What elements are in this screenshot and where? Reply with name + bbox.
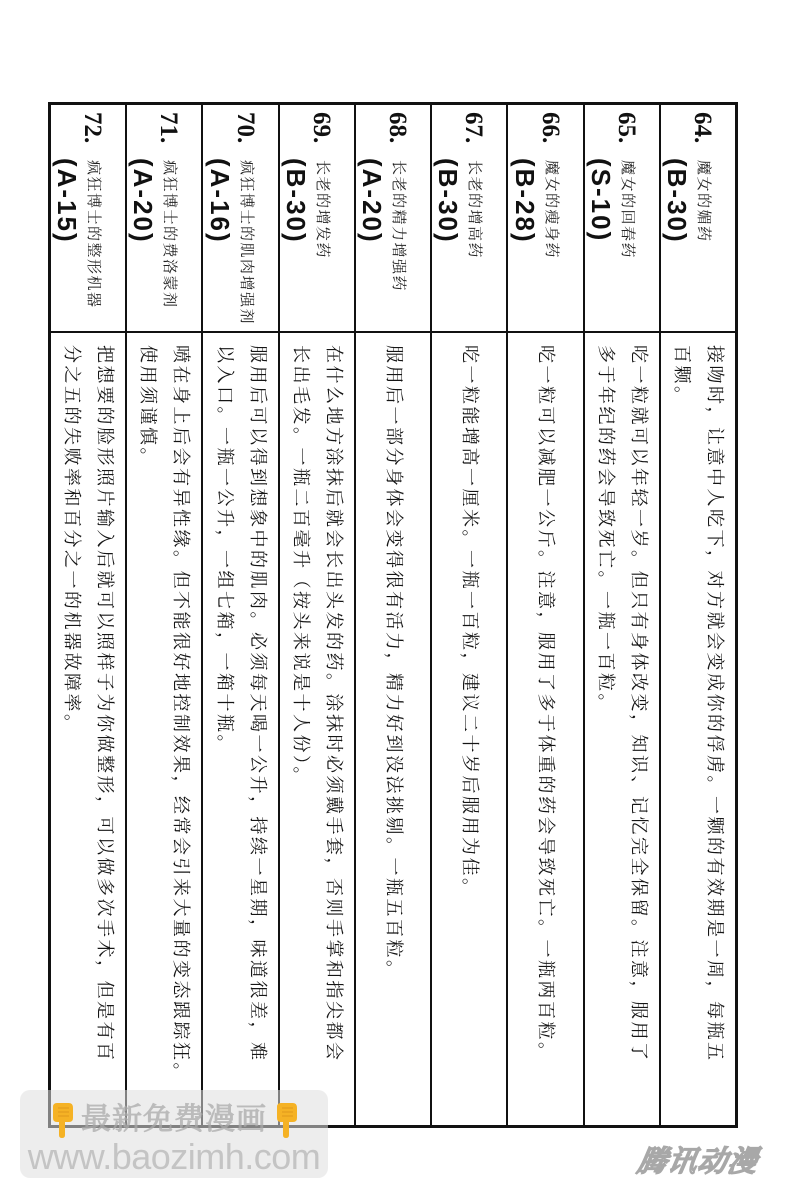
- item-header-cell: 72. 疯狂博士的整形机器 (A-15): [51, 105, 125, 333]
- item-code: (A-20): [130, 158, 156, 244]
- item-header-cell: 70. 疯狂博士的肌肉增强剂 (A-16): [203, 105, 277, 333]
- description-line: 长出毛发。一瓶二百毫升（按头来说是十人份）。: [284, 345, 317, 1125]
- item-number: 70.: [233, 112, 258, 143]
- item-description-cell: 服用后可以得到想象中的肌肉。必须每天喝一公升，持续一星期，味道很差，难 以入口。…: [203, 333, 277, 1125]
- publisher-logo: 腾讯动漫: [635, 1145, 761, 1177]
- description-line: 以入口。一瓶一公升，一组七箱，一箱十瓶。: [208, 345, 241, 1125]
- watermark-banner: 最新免费漫画 www.baozimh.com: [20, 1090, 328, 1178]
- description-line: 吃一粒能增高一厘米。一瓶一百粒，建议二十岁后服用为佳。: [453, 345, 486, 1125]
- description-line: 分之五的失败率和百分之一的机器故障率。: [55, 345, 88, 1125]
- table-row: 66. 魔女的瘦身药 (B-28) 吃一粒可以减肥一公斤。注意，服用了多于体重的…: [508, 105, 584, 1125]
- item-description-cell: 接吻时，让意中人吃下，对方就会变成你的俘虏。一颗的有效期是一周，每瓶五 百颗。: [661, 333, 735, 1125]
- item-header-cell: 71. 疯狂博士的费洛蒙剂 (A-20): [127, 105, 201, 333]
- item-code: (A-16): [207, 158, 233, 244]
- item-header-cell: 69. 长老的增发药 (B-30): [280, 105, 354, 333]
- item-description-cell: 吃一粒能增高一厘米。一瓶一百粒，建议二十岁后服用为佳。: [432, 333, 506, 1125]
- item-code: (B-30): [435, 158, 461, 244]
- table-row: 72. 疯狂博士的整形机器 (A-15) 把想要的脸形照片输入后就可以照样子为你…: [51, 105, 127, 1125]
- item-number: 64.: [690, 112, 715, 143]
- item-code: (B-28): [512, 158, 538, 244]
- description-line: 吃一粒可以减肥一公斤。注意，服用了多于体重的药会导致死亡。一瓶两百粒。: [529, 345, 562, 1125]
- item-description-cell: 在什么地方涂抹后就会长出头发的药。涂抹时必须戴手套，否则手掌和指尖都会 长出毛发…: [280, 333, 354, 1125]
- item-name: 魔女的媚药: [696, 160, 711, 243]
- item-code: (B-30): [664, 158, 690, 244]
- item-header-cell: 64. 魔女的媚药 (B-30): [661, 105, 735, 333]
- description-line: 接吻时，让意中人吃下，对方就会变成你的俘虏。一颗的有效期是一周，每瓶五: [698, 345, 731, 1125]
- table-row: 69. 长老的增发药 (B-30) 在什么地方涂抹后就会长出头发的药。涂抹时必须…: [280, 105, 356, 1125]
- item-description-cell: 喷在身上后会有异性缘。但不能很好地控制效果，经常会引来大量的变态跟踪狂。 使用须…: [127, 333, 201, 1125]
- item-number: 67.: [461, 112, 486, 143]
- pointing-down-hand-icon: [49, 1102, 75, 1138]
- item-code: (A-15): [54, 158, 80, 244]
- description-line: 服用后可以得到想象中的肌肉。必须每天喝一公升，持续一星期，味道很差，难: [241, 345, 274, 1125]
- item-code: (A-20): [359, 158, 385, 244]
- table-row: 65. 魔女的回春药 (S-10) 吃一粒就可以年轻一岁。但只有身体改变，知识、…: [585, 105, 661, 1125]
- item-name: 疯狂博士的肌肉增强剂: [239, 160, 254, 325]
- item-name: 魔女的回春药: [620, 160, 635, 259]
- item-number: 71.: [156, 112, 181, 143]
- pointing-down-hand-icon: [273, 1102, 299, 1138]
- description-line: 多于年纪的药会导致死亡。一瓶一百粒。: [589, 345, 622, 1125]
- item-number: 66.: [538, 112, 563, 143]
- item-name: 魔女的瘦身药: [544, 160, 559, 259]
- table-row: 71. 疯狂博士的费洛蒙剂 (A-20) 喷在身上后会有异性缘。但不能很好地控制…: [127, 105, 203, 1125]
- item-description-cell: 吃一粒就可以年轻一岁。但只有身体改变，知识、记忆完全保留。注意，服用了 多于年纪…: [585, 333, 659, 1125]
- description-line: 在什么地方涂抹后就会长出头发的药。涂抹时必须戴手套，否则手掌和指尖都会: [317, 345, 350, 1125]
- table-row: 70. 疯狂博士的肌肉增强剂 (A-16) 服用后可以得到想象中的肌肉。必须每天…: [203, 105, 279, 1125]
- item-description-cell: 服用后一部分身体会变得很有活力，精力好到没法挑剔。一瓶五百粒。: [356, 333, 430, 1125]
- item-header-cell: 67. 长老的增高药 (B-30): [432, 105, 506, 333]
- item-name: 长老的增高药: [467, 160, 482, 259]
- item-name: 长老的精力增强药: [391, 160, 406, 292]
- watermark-headline: 最新免费漫画: [81, 1102, 267, 1138]
- item-number: 68.: [385, 112, 410, 143]
- item-code: (B-30): [283, 158, 309, 244]
- item-code: (S-10): [588, 158, 614, 242]
- item-name: 疯狂博士的整形机器: [86, 160, 101, 309]
- item-table: 64. 魔女的媚药 (B-30) 接吻时，让意中人吃下，对方就会变成你的俘虏。一…: [48, 102, 738, 1128]
- description-line: 百颗。: [665, 345, 698, 1125]
- table-row: 68. 长老的精力增强药 (A-20) 服用后一部分身体会变得很有活力，精力好到…: [356, 105, 432, 1125]
- table-row: 64. 魔女的媚药 (B-30) 接吻时，让意中人吃下，对方就会变成你的俘虏。一…: [661, 105, 735, 1125]
- item-description-cell: 吃一粒可以减肥一公斤。注意，服用了多于体重的药会导致死亡。一瓶两百粒。: [508, 333, 582, 1125]
- item-number: 69.: [309, 112, 334, 143]
- watermark-url: www.baozimh.com: [20, 1142, 328, 1172]
- description-line: 服用后一部分身体会变得很有活力，精力好到没法挑剔。一瓶五百粒。: [377, 345, 410, 1125]
- item-name: 长老的增发药: [315, 160, 330, 259]
- item-header-cell: 65. 魔女的回春药 (S-10): [585, 105, 659, 333]
- description-line: 喷在身上后会有异性缘。但不能很好地控制效果，经常会引来大量的变态跟踪狂。: [164, 345, 197, 1125]
- description-line: 把想要的脸形照片输入后就可以照样子为你做整形，可以做多次手术，但是有百: [88, 345, 121, 1125]
- item-number: 72.: [80, 112, 105, 143]
- item-name: 疯狂博士的费洛蒙剂: [162, 160, 177, 309]
- description-line: 使用须谨慎。: [131, 345, 164, 1125]
- item-header-cell: 66. 魔女的瘦身药 (B-28): [508, 105, 582, 333]
- description-line: 吃一粒就可以年轻一岁。但只有身体改变，知识、记忆完全保留。注意，服用了: [622, 345, 655, 1125]
- table-row: 67. 长老的增高药 (B-30) 吃一粒能增高一厘米。一瓶一百粒，建议二十岁后…: [432, 105, 508, 1125]
- item-header-cell: 68. 长老的精力增强药 (A-20): [356, 105, 430, 333]
- watermark-headline-row: 最新免费漫画: [20, 1102, 328, 1138]
- item-description-cell: 把想要的脸形照片输入后就可以照样子为你做整形，可以做多次手术，但是有百 分之五的…: [51, 333, 125, 1125]
- item-number: 65.: [614, 112, 639, 143]
